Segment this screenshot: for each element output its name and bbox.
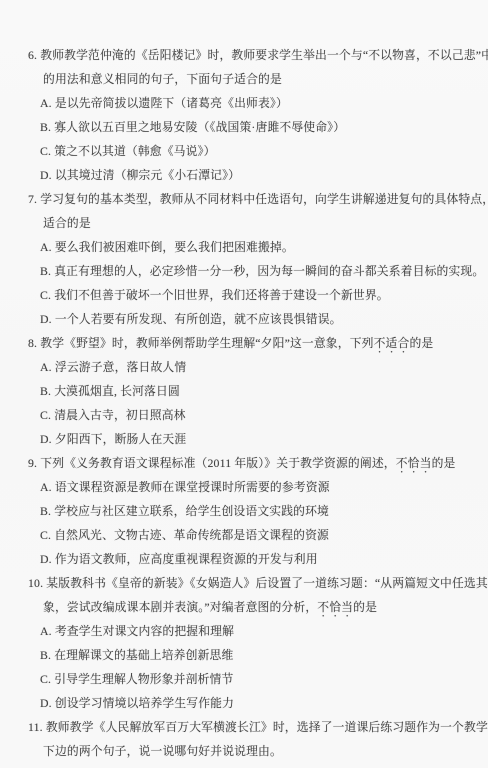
question-10-option-a: A. 考查学生对课文内容的把握和理解 [0,619,488,643]
question-7-option-b: B. 真正有理想的人，必定珍惜一分一秒，因为每一瞬间的奋斗都关系着目标的实现。 [0,259,488,283]
question-11-stem-line-2: 下边的两个句子，说一说哪句好并说说理由。 [0,739,488,763]
question-9-option-b: B. 学校应与社区建立联系，给学生创设语文实践的环境 [0,499,488,523]
question-6-stem-line-2: 的用法和意义相同的句子，下面句子适合的是 [0,67,488,91]
question-8-stem-emphasis: 不适合 [374,336,410,350]
question-9-stem-pre: 9. 下列《义务教育语文课程标准（2011 年版）》关于教学资源的阐述， [28,456,396,470]
question-8-stem-post: 的是 [409,336,433,350]
question-7-option-c: C. 我们不但善于破坏一个旧世界，我们还将善于建设一个新世界。 [0,283,488,307]
question-9-stem: 9. 下列《义务教育语文课程标准（2011 年版）》关于教学资源的阐述，不恰当的… [0,451,488,475]
question-10-stem-line-1: 10. 某版教科书《皇帝的新装》《女娲造人》后设置了一道练习题：“从两篇短文中任… [0,571,488,595]
question-9-option-c: C. 自然风光、文物古迹、革命传统都是语文课程的资源 [0,523,488,547]
question-7-option-d: D. 一个人若要有所发现、有所创造，就不应该畏惧错误。 [0,307,488,331]
question-8-option-a: A. 浮云游子意，落日故人情 [0,355,488,379]
question-8-option-b: B. 大漠孤烟直, 长河落日圆 [0,379,488,403]
question-10-stem-line-2-pre: 象，尝试改编成课本剧并表演。”对编者意图的分析， [43,600,317,614]
question-9-stem-emphasis: 不恰当 [396,456,432,470]
question-6-option-c: C. 策之不以其道（韩愈《马说》） [0,139,488,163]
question-6-option-d: D. 以其境过清（柳宗元《小石潭记》） [0,163,488,187]
question-6-option-a: A. 是以先帝简拔以遗陛下（诸葛亮《出师表》） [0,91,488,115]
question-7-stem-line-1: 7. 学习复句的基本类型，教师从不同材料中任选语句，向学生讲解递进复句的具体特点… [0,187,488,211]
question-8-option-c: C. 清晨入古寺，初日照高林 [0,403,488,427]
question-7-option-a: A. 要么我们被困难吓倒，要么我们把困难搬掉。 [0,235,488,259]
question-10-option-d: D. 创设学习情境以培养学生写作能力 [0,691,488,715]
question-10-option-c: C. 引导学生理解人物形象并剖析情节 [0,667,488,691]
question-6-stem-line-1: 6. 教师教学范仲淹的《岳阳楼记》时，教师要求学生举出一个与“不以物喜，不以己悲… [0,43,488,67]
question-10-stem-line-2: 象，尝试改编成课本剧并表演。”对编者意图的分析，不恰当的是 [0,595,488,619]
question-11-stem-line-1: 11. 教师教学《人民解放军百万大军横渡长江》时，选择了一道课后练习题作为一个教… [0,715,488,739]
exam-document-page: 6. 教师教学范仲淹的《岳阳楼记》时，教师要求学生举出一个与“不以物喜，不以己悲… [0,0,488,768]
question-9-stem-post: 的是 [432,456,456,470]
question-10-stem-line-2-post: 的是 [353,600,377,614]
question-9-option-d: D. 作为语文教师，应高度重视课程资源的开发与利用 [0,547,488,571]
question-10-stem-emphasis: 不恰当 [317,600,353,614]
question-8-option-d: D. 夕阳西下，断肠人在天涯 [0,427,488,451]
question-9-option-a: A. 语文课程资源是教师在课堂授课时所需要的参考资源 [0,475,488,499]
question-7-stem-line-2: 适合的是 [0,211,488,235]
question-6-option-b: B. 寡人欲以五百里之地易安陵（《战国策·唐雎不辱使命》） [0,115,488,139]
question-8-stem-pre: 8. 教学《野望》时，教师举例帮助学生理解“夕阳”这一意象，下列 [28,336,374,350]
question-10-option-b: B. 在理解课文的基础上培养创新思维 [0,643,488,667]
question-8-stem: 8. 教学《野望》时，教师举例帮助学生理解“夕阳”这一意象，下列不适合的是 [0,331,488,355]
